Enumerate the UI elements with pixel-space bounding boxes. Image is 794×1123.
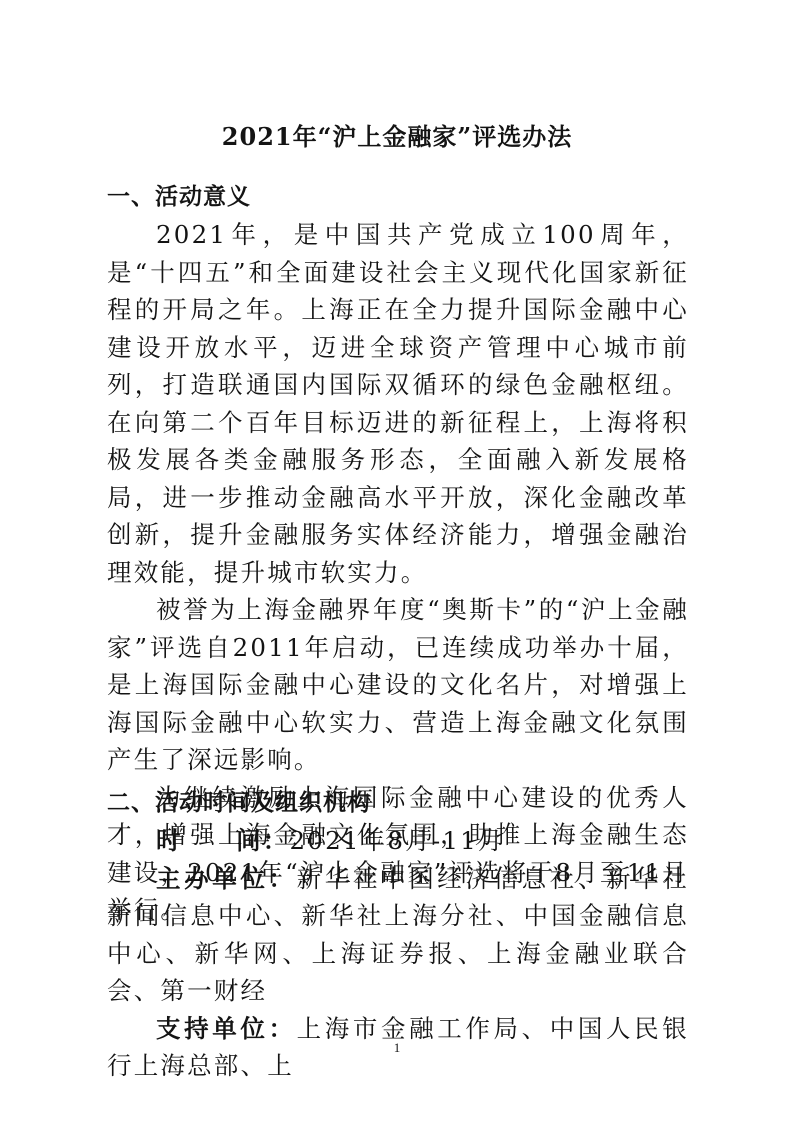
section-heading-2: 二、活动时间及组织机构	[107, 784, 371, 822]
item-label: 主办单位：	[156, 864, 297, 893]
paragraph: 2021年，是中国共产党成立100周年，是“十四五”和全面建设社会主义现代化国家…	[107, 216, 689, 591]
item-value: 2021年8月-11月	[290, 826, 505, 855]
document-page: 2021年“沪上金融家”评选办法 一、活动意义 2021年，是中国共产党成立10…	[0, 0, 794, 1123]
time-item: 时 间：2021年8月-11月	[107, 822, 689, 860]
paragraph: 被誉为上海金融界年度“奥斯卡”的“沪上金融家”评选自2011年启动，已连续成功举…	[107, 591, 689, 779]
item-label: 支持单位：	[156, 1014, 297, 1043]
item-label: 时 间：	[156, 826, 290, 855]
page-number: 1	[0, 1040, 794, 1056]
organizer-item: 主办单位：新华社中国经济信息社、新华社新闻信息中心、新华社上海分社、中国金融信息…	[107, 860, 689, 1010]
section-heading-1: 一、活动意义	[107, 178, 251, 216]
document-title: 2021年“沪上金融家”评选办法	[0, 118, 794, 156]
